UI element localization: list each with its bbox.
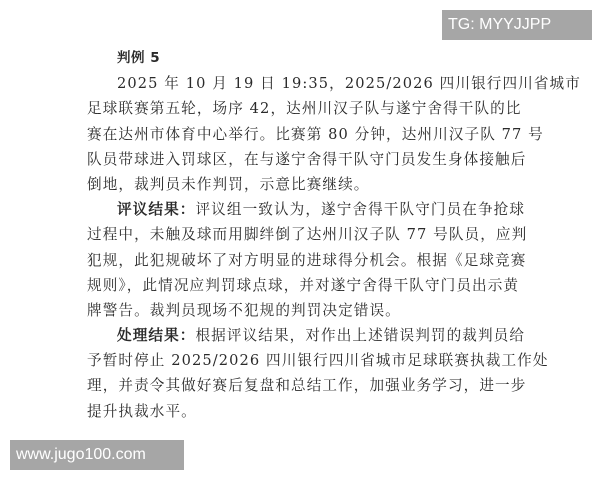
handling-line: 理，并责令其做好赛后复盘和总结工作，加强业务学习，进一步 <box>87 373 562 398</box>
case-title: 判例 5 <box>87 46 562 71</box>
watermark-top: TG: MYYJJPP <box>442 10 592 40</box>
facts-line: 2025 年 10 月 19 日 19:35，2025/2026 四川银行四川省… <box>87 71 562 96</box>
facts-line: 赛在达州市体育中心举行。比赛第 80 分钟，达州川汉子队 77 号 <box>87 122 562 147</box>
handling-label: 处理结果： <box>117 327 195 344</box>
handling-paragraph: 处理结果：根据评议结果，对作出上述错误判罚的裁判员给 予暂时停止 2025/20… <box>87 323 562 424</box>
handling-first-line: 处理结果：根据评议结果，对作出上述错误判罚的裁判员给 <box>87 323 562 348</box>
handling-text: 根据评议结果，对作出上述错误判罚的裁判员给 <box>195 327 525 344</box>
handling-line: 提升执裁水平。 <box>87 399 562 424</box>
review-label: 评议结果： <box>117 201 195 218</box>
facts-line: 倒地，裁判员未作判罚，示意比赛继续。 <box>87 172 562 197</box>
review-line: 牌警告。裁判员现场不犯规的判罚决定错误。 <box>87 298 562 323</box>
watermark-bottom: www.jugo100.com <box>10 440 184 470</box>
facts-line: 足球联赛第五轮，场序 42，达州川汉子队与遂宁舍得干队的比 <box>87 96 562 121</box>
review-text: 评议组一致认为，遂宁舍得干队守门员在争抢球 <box>195 201 525 218</box>
facts-line: 队员带球进入罚球区，在与遂宁舍得干队守门员发生身体接触后 <box>87 147 562 172</box>
document-body: 判例 5 2025 年 10 月 19 日 19:35，2025/2026 四川… <box>87 46 562 424</box>
review-paragraph: 评议结果：评议组一致认为，遂宁舍得干队守门员在争抢球 过程中，未触及球而用脚绊倒… <box>87 197 562 323</box>
handling-line: 予暂时停止 2025/2026 四川银行四川省城市足球联赛执裁工作处 <box>87 348 562 373</box>
review-first-line: 评议结果：评议组一致认为，遂宁舍得干队守门员在争抢球 <box>87 197 562 222</box>
facts-paragraph: 2025 年 10 月 19 日 19:35，2025/2026 四川银行四川省… <box>87 71 562 197</box>
review-line: 过程中，未触及球而用脚绊倒了达州川汉子队 77 号队员，应判 <box>87 222 562 247</box>
review-line: 犯规，此犯规破坏了对方明显的进球得分机会。根据《足球竞赛 <box>87 248 562 273</box>
review-line: 规则》，此情况应判罚球点球，并对遂宁舍得干队守门员出示黄 <box>87 273 562 298</box>
